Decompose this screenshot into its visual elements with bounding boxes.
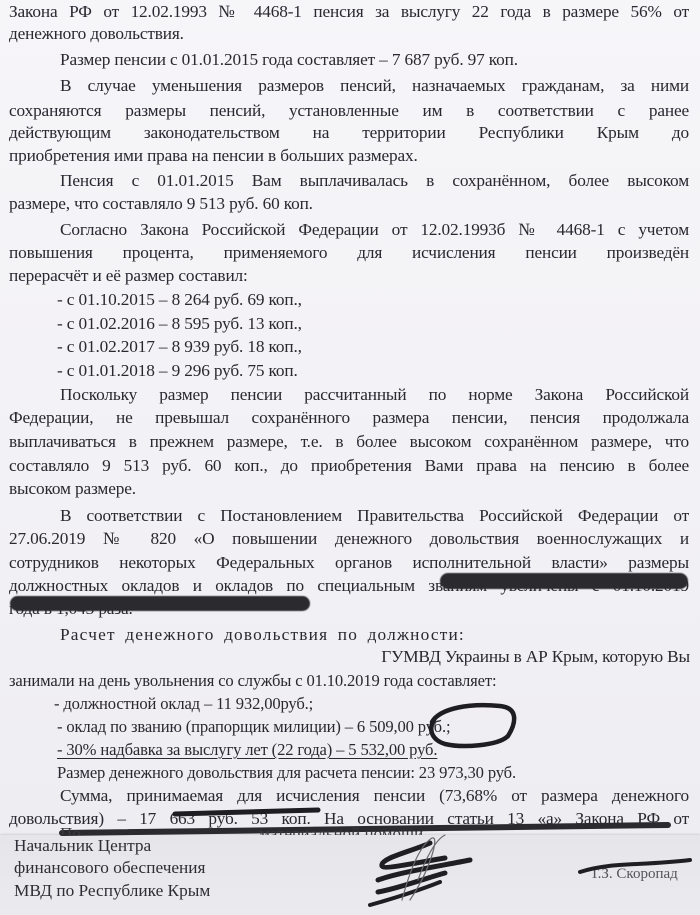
text-line: Федерации, не превышал сохранённого разм… (9, 407, 689, 428)
redaction-mark (440, 573, 688, 589)
text-line: составляло 9 513 руб. 60 коп., до приобр… (9, 455, 689, 476)
text-line: действующим законодательством на террито… (9, 122, 689, 143)
text-line: Размер пенсии с 01.01.2015 года составля… (60, 49, 689, 70)
list-item: - с 01.02.2016 – 8 595 руб. 13 коп., (57, 313, 700, 334)
text-line: Пенсия с 01.01.2015 Вам выплачивалась в … (60, 170, 689, 191)
list-item: - с 01.02.2017 – 8 939 руб. 18 коп., (57, 336, 700, 357)
text-line: Закона РФ от 12.02.1993 № 4468-1 пенсия … (9, 1, 689, 22)
list-item: - с 01.01.2018 – 9 296 руб. 75 коп. (57, 360, 700, 381)
redaction-mark (10, 596, 310, 611)
text-line: выплачиваться в прежнем размере, т.е. в … (9, 431, 689, 452)
text-line: повышения процента, применяемого для исч… (9, 242, 689, 263)
text-line: Согласно Закона Российской Федерации от … (60, 219, 689, 240)
cut-text-line: По ………………………… материальной помощи (60, 824, 423, 835)
signer-title-line: Начальник Центра (14, 835, 151, 856)
list-item: - 30% надбавка за выслугу лет (22 года) … (57, 739, 700, 760)
list-item: - оклад по званию (прапорщик милиции) – … (57, 716, 700, 737)
text-line: денежного довольствия. (9, 23, 689, 44)
text-line: 27.06.2019 № 820 «О повышении денежного … (9, 528, 689, 549)
text-line: высоком размере. (9, 478, 689, 499)
text-line: Размер денежного довольствия для расчета… (57, 762, 700, 783)
text-line: Поскольку размер пенсии рассчитанный по … (60, 384, 689, 405)
text-line: приобретения ими права на пенсии в больш… (9, 145, 689, 166)
text-line: сохраняются размеры пенсий, установленны… (9, 100, 689, 121)
signer-title-line: МВД по Республике Крым (14, 880, 210, 901)
document-page: Закона РФ от 12.02.1993 № 4468-1 пенсия … (0, 0, 700, 835)
text-line: перерасчёт и её размер составил: (9, 265, 689, 286)
text-line: В соответствии с Постановлением Правител… (60, 505, 689, 526)
list-item: - должностной оклад – 11 932,00руб.; (54, 693, 700, 714)
text-line: ГУМВД Украины в АР Крым, которую Вы (290, 646, 690, 667)
list-item: - с 01.10.2015 – 8 264 руб. 69 коп., (57, 289, 700, 310)
signer-name: Т.З. Скоропад (590, 866, 678, 883)
text-line: В случае уменьшения размеров пенсий, наз… (60, 75, 689, 96)
text-line: сотрудников некоторых Федеральных органо… (9, 552, 689, 573)
text-line: Расчет денежного довольствия по должност… (60, 624, 689, 645)
text-line: Сумма, принимаемая для исчисления пенсии… (60, 785, 689, 806)
text-line: занимали на день увольнения со службы с … (9, 670, 689, 691)
signer-title-line: финансового обеспечения (14, 857, 206, 878)
text-line: размере, что составляло 9 513 руб. 60 ко… (9, 193, 689, 214)
